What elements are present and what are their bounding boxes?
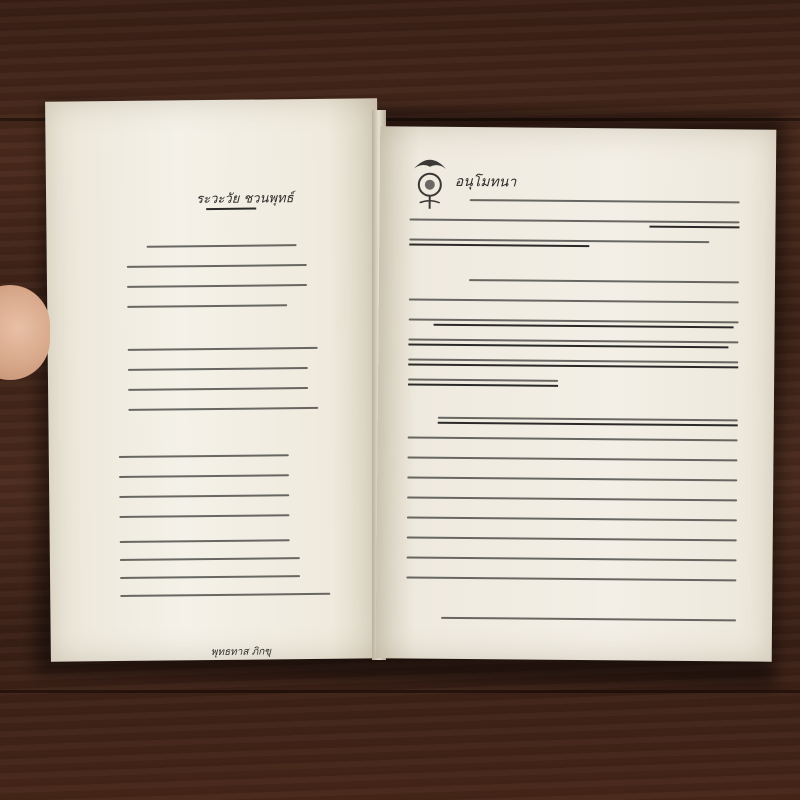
handwritten-line [128,387,308,391]
handwritten-line [128,367,308,371]
handwritten-line [120,593,330,597]
handwritten-line [408,379,558,382]
handwritten-line [120,557,300,561]
handwritten-line [147,244,297,248]
handwritten-line [407,537,737,542]
handwritten-line [119,474,289,478]
handwritten-line [470,199,740,203]
table-plank-seam [0,690,800,693]
handwritten-line [441,617,736,622]
handwritten-line [438,417,738,422]
heading-underline [206,208,256,210]
handwritten-line [408,339,738,344]
left-page: ระวะวัย ชวนพุทธ์ พุทธทาส ภิกขุ [45,98,383,661]
handwritten-line [119,494,289,498]
handwritten-line [407,457,737,462]
handwritten-line [409,239,709,244]
right-page: อนุโมทนา [376,126,777,661]
handwritten-line [119,514,289,518]
underline [409,244,589,247]
underline [649,226,739,228]
handwritten-line [128,347,318,351]
underline [434,324,734,328]
handwritten-line [408,437,738,442]
handwritten-line [120,539,290,543]
handwritten-line [127,264,307,268]
handwritten-line [469,279,739,283]
handwritten-line [120,575,300,579]
handwritten-line [410,219,740,224]
handwritten-line [408,359,738,364]
handwritten-line [406,577,736,582]
handwritten-line [407,497,737,502]
handwritten-line [407,557,737,562]
underline [438,422,738,426]
right-page-heading: อนุโมทนา [455,171,517,194]
dharma-wheel-emblem-icon [410,155,450,211]
handwritten-line [409,319,739,324]
handwritten-line [407,477,737,482]
signature: พุทธทาส ภิกขุ [211,644,271,660]
underline [408,364,738,368]
handwritten-line [127,304,287,308]
handwritten-line [128,407,318,411]
left-page-heading: ระวะวัย ชวนพุทธ์ [196,187,294,209]
underline [408,384,558,387]
handwritten-line [407,517,737,522]
handwritten-line [127,284,307,288]
underline [408,344,728,348]
handwritten-line [119,454,289,458]
handwritten-line [409,299,739,304]
